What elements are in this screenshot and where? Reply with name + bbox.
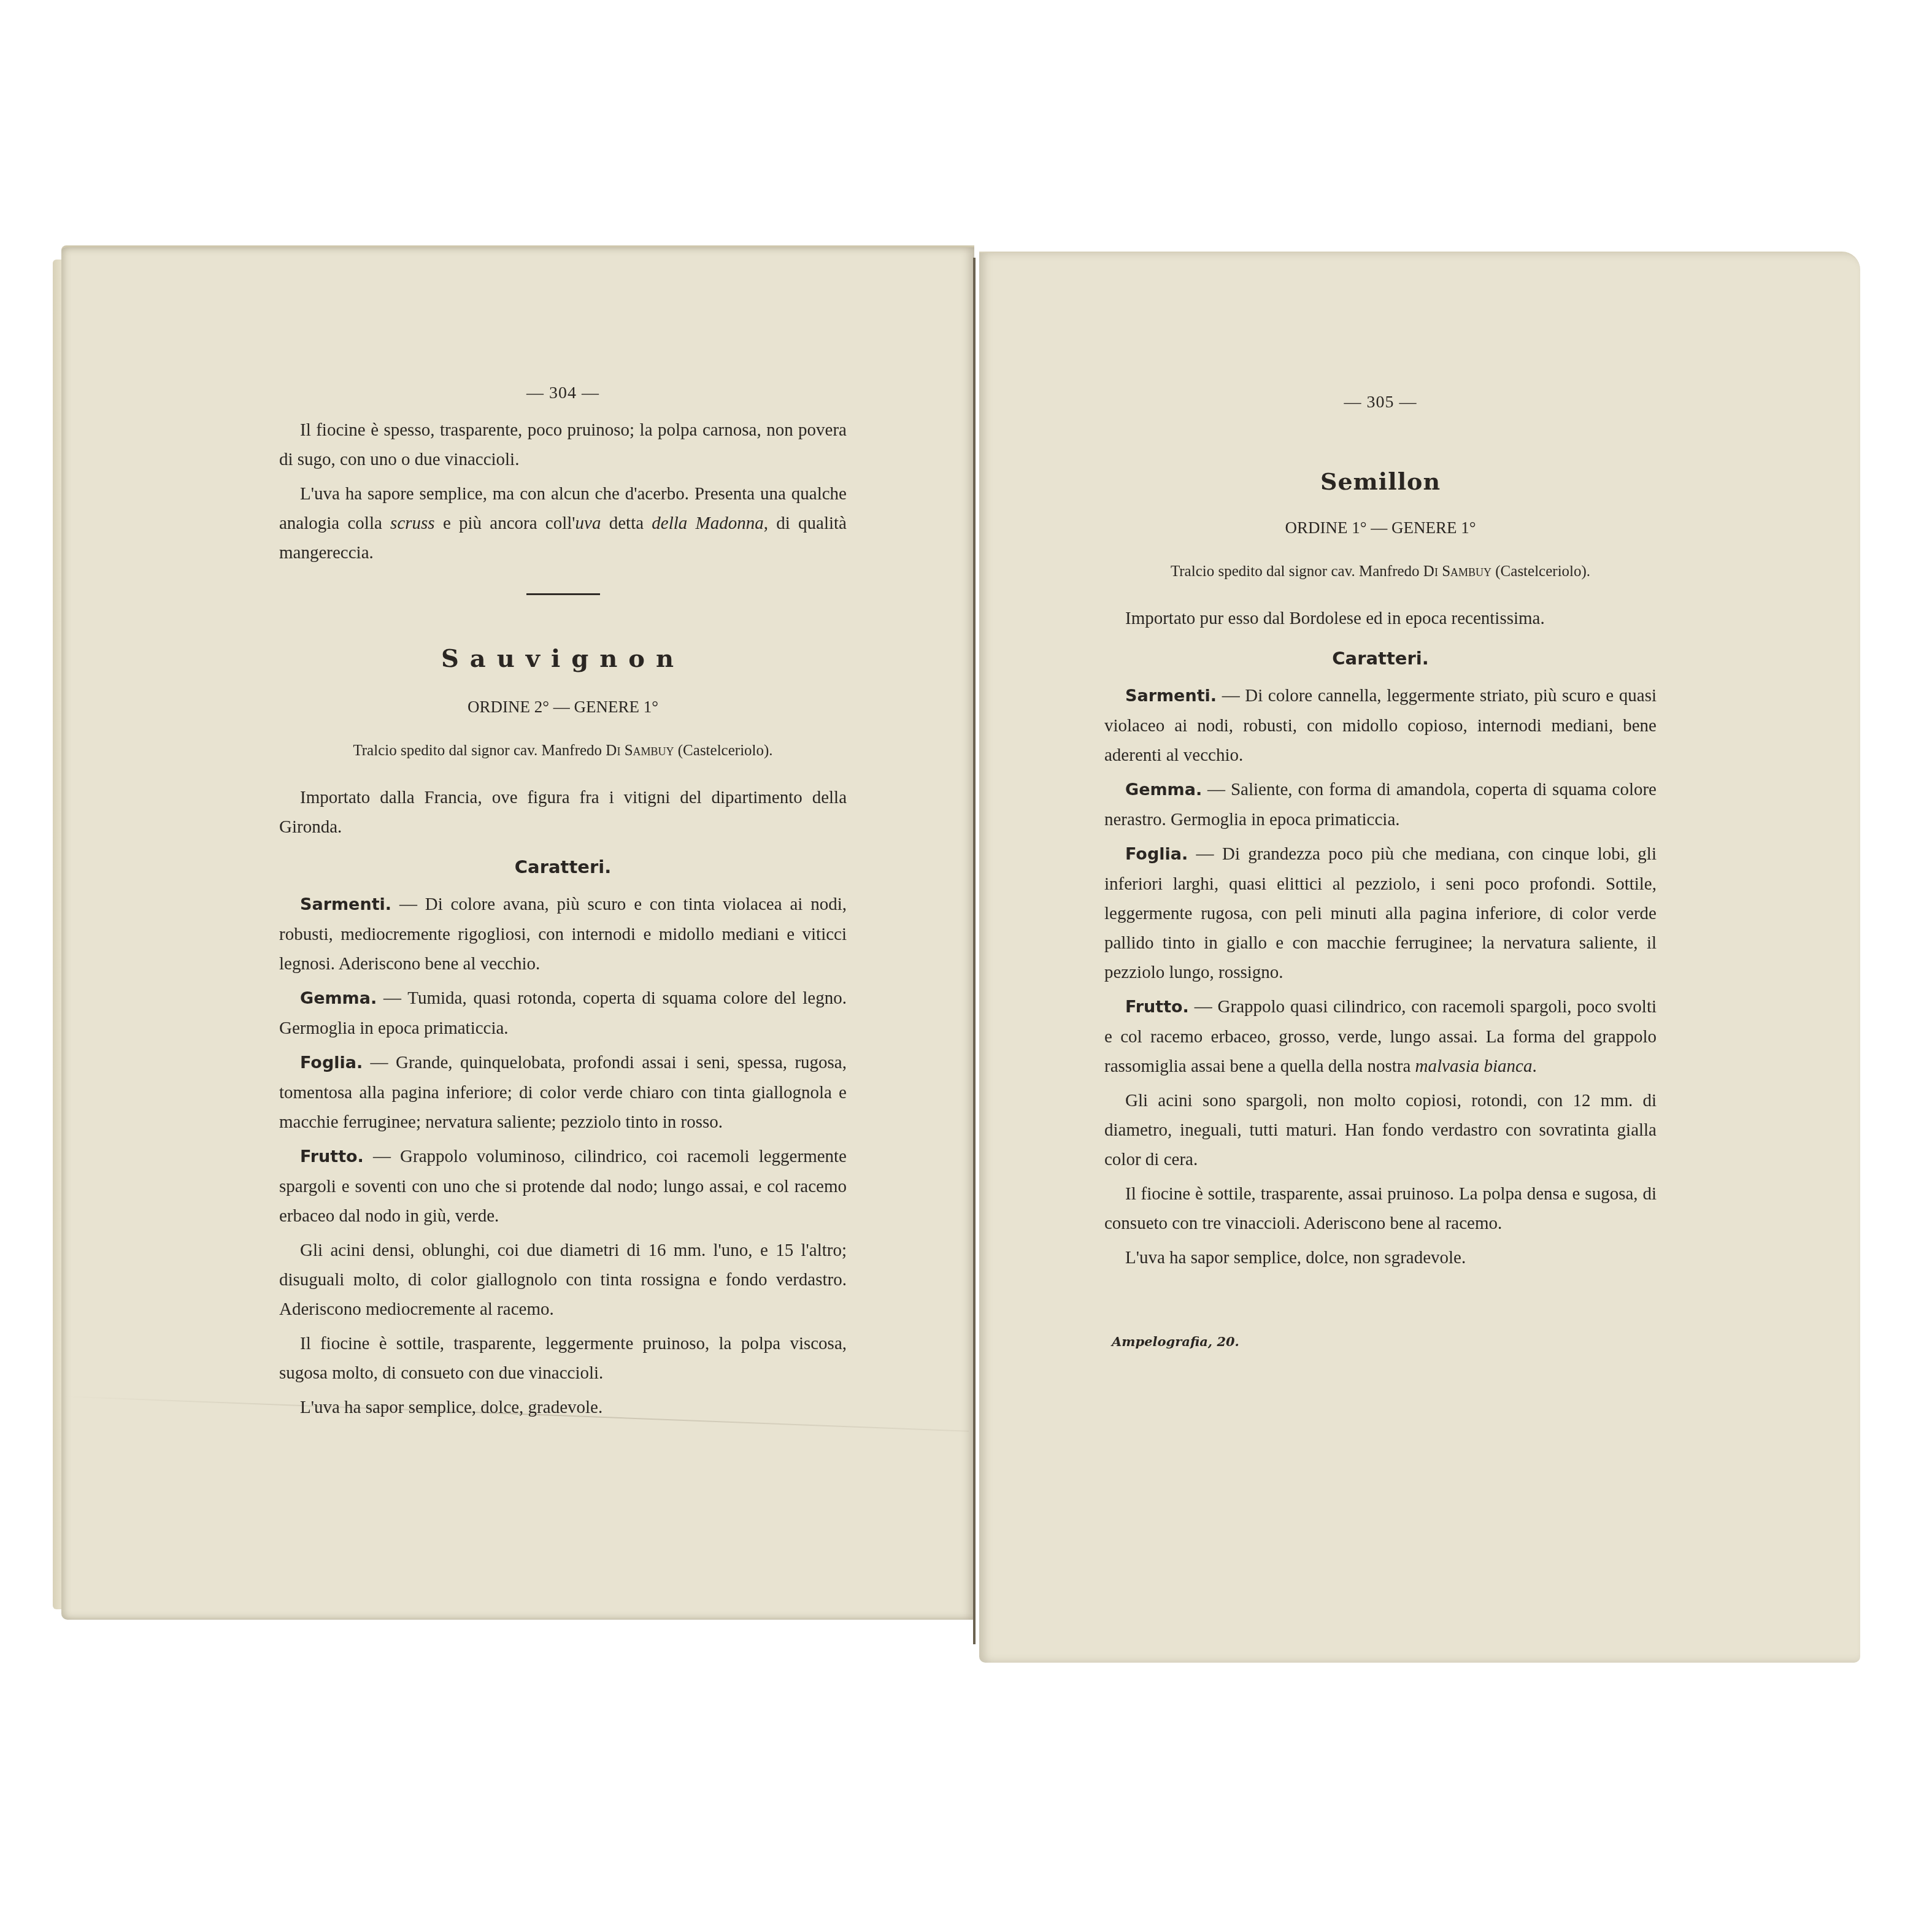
body-paragraph: L'uva ha sapor semplice, dolce, gradevol… (279, 1393, 847, 1422)
continuation-paragraph: Il fiocine è spesso, trasparente, poco p… (279, 415, 847, 474)
body-paragraph: Il fiocine è sottile, trasparente, assai… (1104, 1179, 1657, 1238)
character-term: Sarmenti. (300, 895, 391, 914)
italic-term: malvasia bianca (1415, 1056, 1533, 1076)
character-entry: Frutto. — Grappolo quasi cilindrico, con… (1104, 992, 1657, 1081)
character-term: Gemma. (1125, 780, 1202, 799)
text-run: Tralcio spedito dal signor cav. Manfredo (353, 742, 606, 759)
italic-term: uva (575, 514, 601, 533)
intro-paragraph: Importato pur esso dal Bordolese ed in e… (1104, 604, 1657, 633)
section-divider (526, 593, 600, 595)
variety-title: Semillon (1104, 468, 1657, 495)
text-run: . (1532, 1056, 1536, 1076)
character-entry: Foglia. — Grande, quinquelobata, profond… (279, 1048, 847, 1137)
classification: ORDINE 1° — GENERE 1° (1104, 518, 1657, 537)
character-entry: Sarmenti. — Di colore avana, più scuro e… (279, 890, 847, 979)
section-heading: Caratteri. (1104, 648, 1657, 669)
intro-paragraph: Importato dalla Francia, ove figura fra … (279, 783, 847, 842)
character-entry: Sarmenti. — Di colore cannella, leggerme… (1104, 681, 1657, 770)
left-page-content: — 304 — Il fiocine è spesso, trasparente… (279, 383, 847, 1422)
italic-term: della Madonna (652, 514, 763, 533)
text-run: (Castelceriolo). (674, 742, 773, 759)
text-run: e più ancora coll' (435, 514, 575, 533)
body-paragraph: L'uva ha sapor semplice, dolce, non sgra… (1104, 1243, 1657, 1272)
character-term: Foglia. (300, 1053, 363, 1072)
character-term: Frutto. (1125, 998, 1189, 1017)
signature-mark: Ampelografia, 20. (1112, 1334, 1657, 1349)
character-entry: Foglia. — Di grandezza poco più che medi… (1104, 839, 1657, 987)
text-run: detta (601, 514, 652, 533)
character-term: Sarmenti. (1125, 687, 1217, 706)
source-line: Tralcio spedito dal signor cav. Manfredo… (1104, 563, 1657, 580)
source-name: Di Sambuy (606, 742, 674, 759)
character-entry: Gemma. — Saliente, con forma di amandola… (1104, 775, 1657, 834)
source-name: Di Sambuy (1423, 563, 1491, 580)
italic-term: scruss (390, 514, 435, 533)
classification: ORDINE 2° — GENERE 1° (279, 698, 847, 717)
character-term: Gemma. (300, 989, 377, 1008)
section-heading: Caratteri. (279, 856, 847, 877)
variety-title: Sauvignon (279, 644, 847, 673)
character-entry: Gemma. — Tumida, quasi rotonda, coperta … (279, 983, 847, 1043)
character-text: — Grappolo voluminoso, cilindrico, coi r… (279, 1147, 847, 1226)
continuation-paragraph: L'uva ha sapore semplice, ma con alcun c… (279, 479, 847, 568)
text-run: (Castelceriolo). (1491, 563, 1590, 580)
character-term: Foglia. (1125, 845, 1188, 864)
source-line: Tralcio spedito dal signor cav. Manfredo… (279, 742, 847, 760)
right-page-content: — 305 — Semillon ORDINE 1° — GENERE 1° T… (1104, 393, 1657, 1349)
body-paragraph: Gli acini densi, oblunghi, coi due diame… (279, 1236, 847, 1324)
character-text: — Grande, quinquelobata, profondi assai … (279, 1053, 847, 1132)
body-paragraph: Il fiocine è sottile, trasparente, legge… (279, 1329, 847, 1388)
character-entry: Frutto. — Grappolo voluminoso, cilindric… (279, 1142, 847, 1231)
page-number: — 304 — (279, 383, 847, 403)
body-paragraph: Gli acini sono spargoli, non molto copio… (1104, 1086, 1657, 1174)
book-gutter (973, 258, 976, 1644)
character-text: — Di grandezza poco più che mediana, con… (1104, 844, 1657, 982)
page-number: — 305 — (1104, 393, 1657, 412)
character-term: Frutto. (300, 1147, 364, 1166)
text-run: Tralcio spedito dal signor cav. Manfredo (1171, 563, 1423, 580)
